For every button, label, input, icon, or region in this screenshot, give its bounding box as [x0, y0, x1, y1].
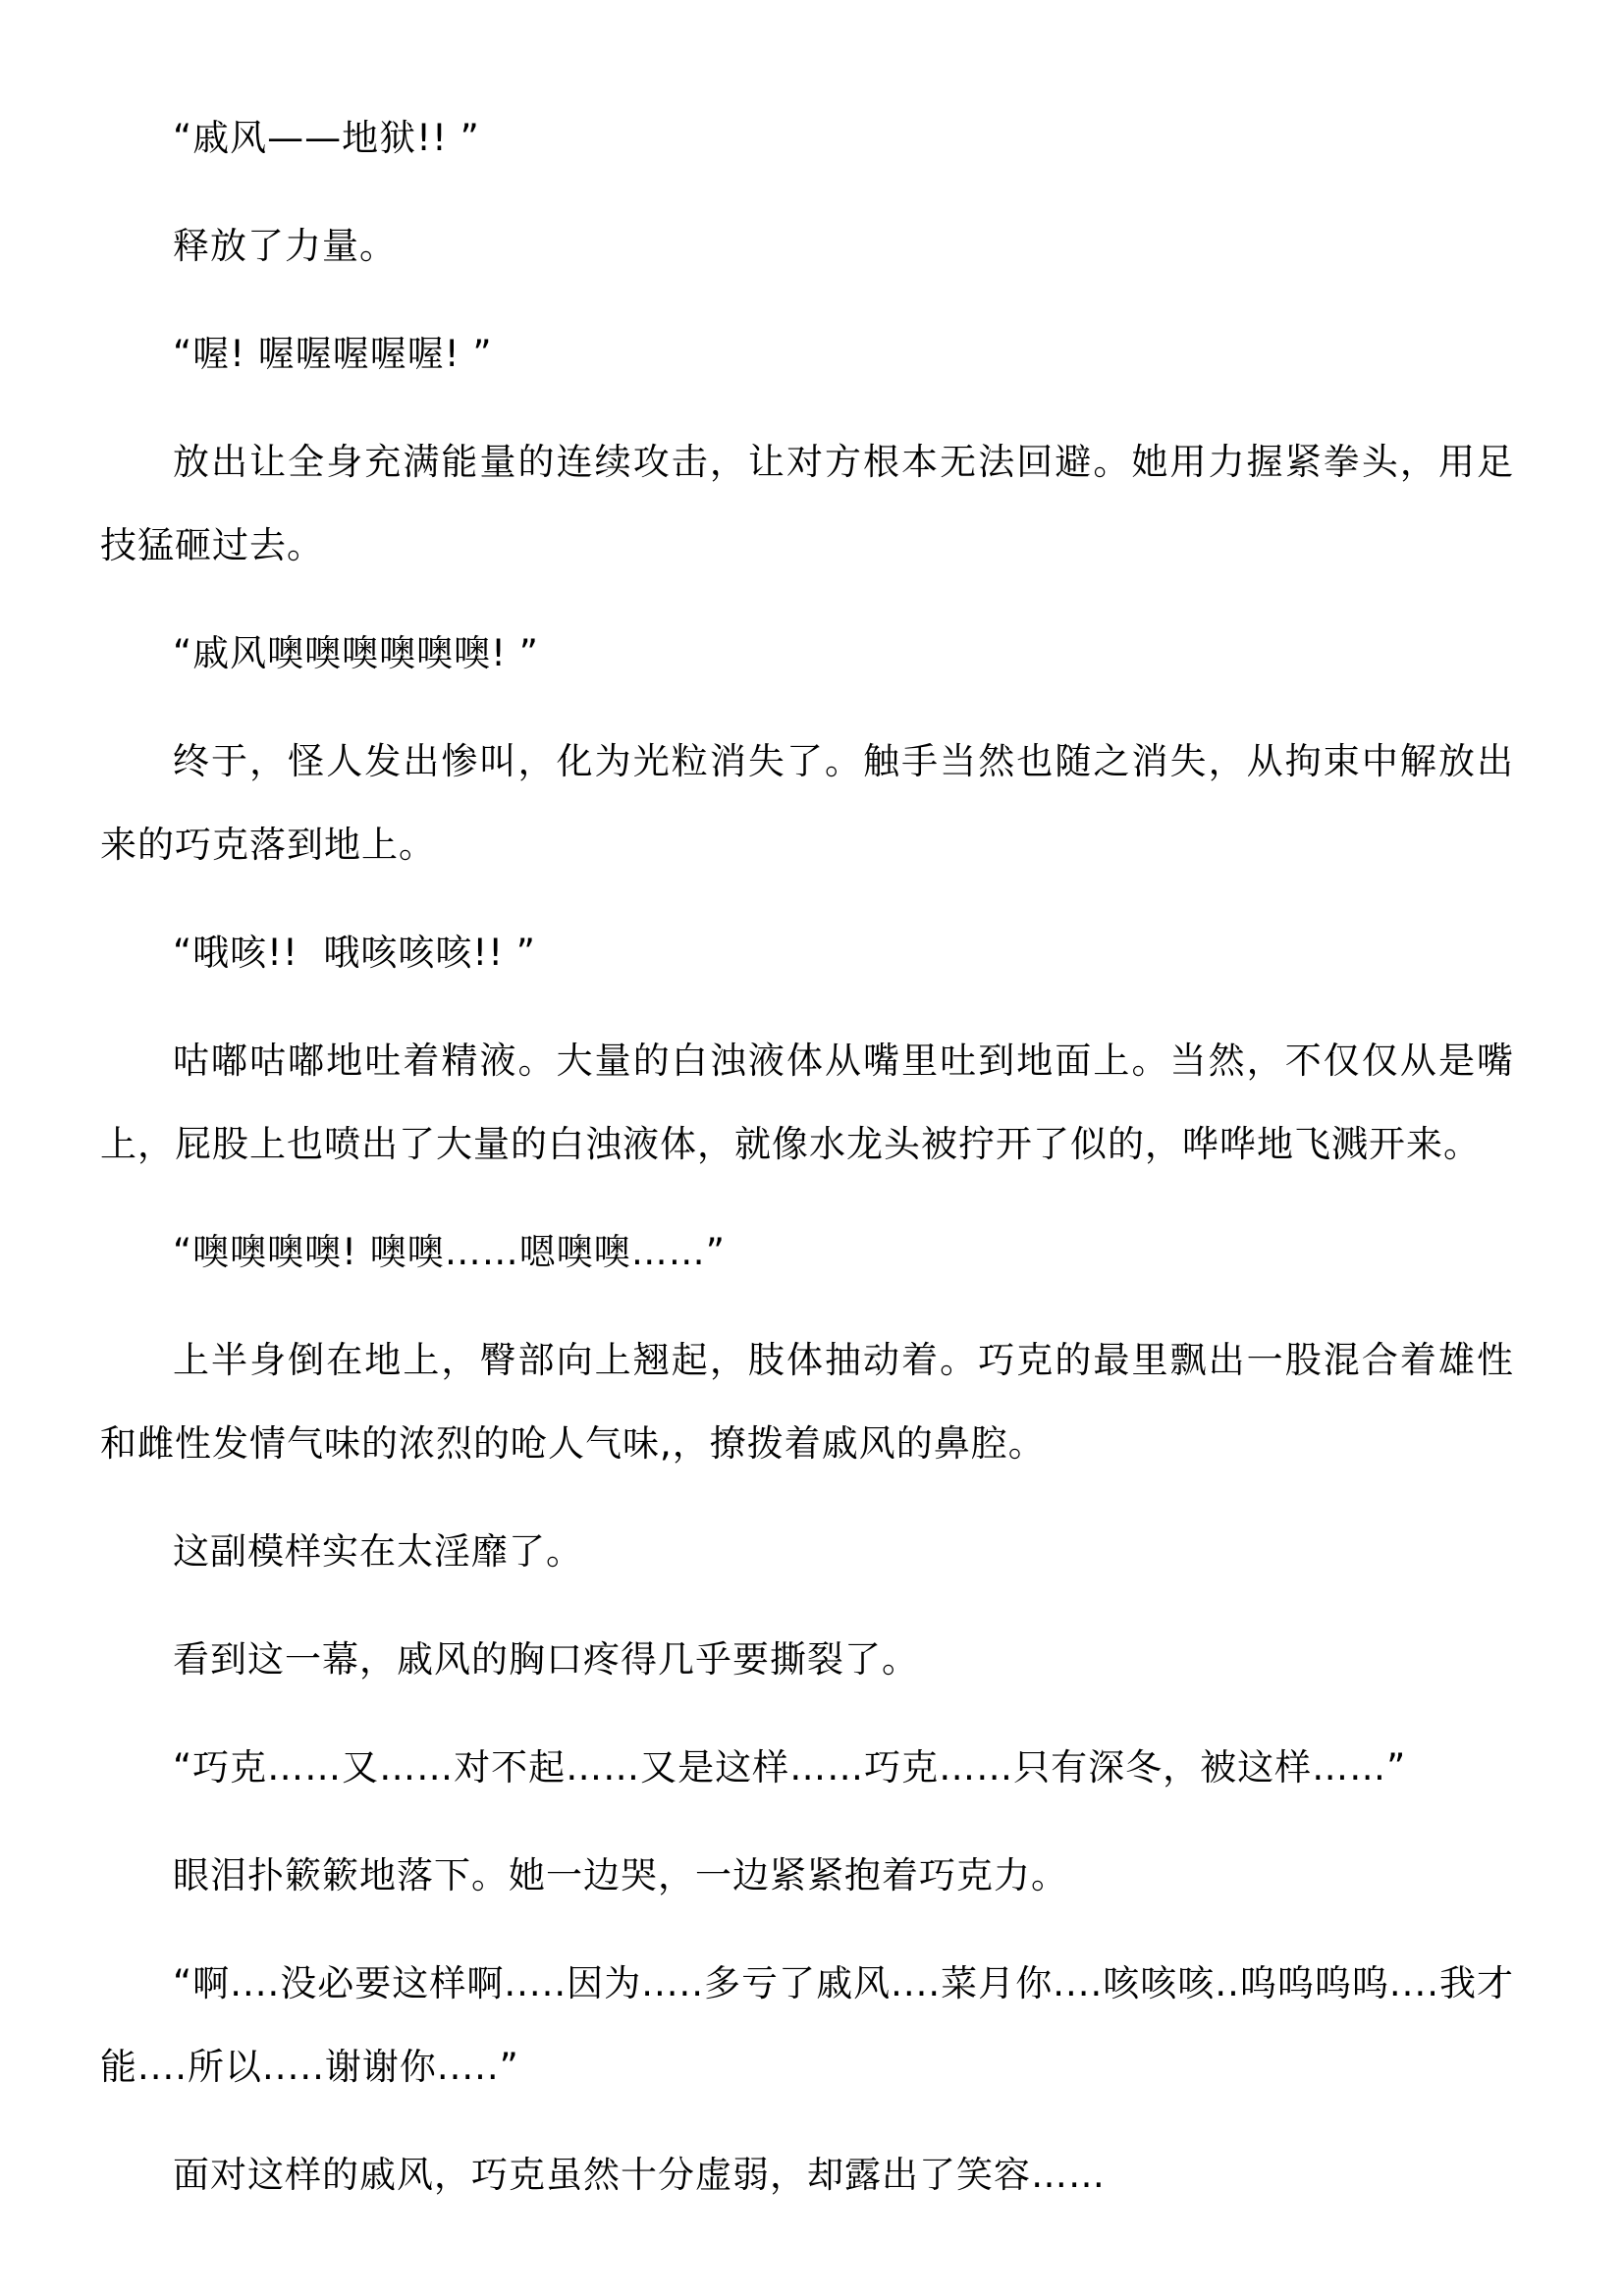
- paragraph-dialogue: “哦咳!! 哦咳咳咳!! ”: [100, 911, 1514, 994]
- paragraph-narration: 终于，怪人发出惨叫，化为光粒消失了。触手当然也随之消失，从拘束中解放出来的巧克落…: [100, 720, 1514, 886]
- paragraph-narration: 面对这样的戚风，巧克虽然十分虚弱，却露出了笑容……: [100, 2133, 1514, 2216]
- paragraph-dialogue: “戚风噢噢噢噢噢噢! ”: [100, 612, 1514, 695]
- paragraph-dialogue: “啊....没必要这样啊.....因为.....多亏了戚风....菜月你....…: [100, 1942, 1514, 2109]
- paragraph-narration: 看到这一幕，戚风的胸口疼得几乎要撕裂了。: [100, 1618, 1514, 1701]
- paragraph-narration: 眼泪扑簌簌地落下。她一边哭，一边紧紧抱着巧克力。: [100, 1834, 1514, 1917]
- paragraph-narration: 释放了力量。: [100, 204, 1514, 288]
- paragraph-narration: 咕嘟咕嘟地吐着精液。大量的白浊液体从嘴里吐到地面上。当然，不仅仅从是嘴上，屁股上…: [100, 1019, 1514, 1186]
- paragraph-dialogue: “戚风——地狱!! ”: [100, 96, 1514, 180]
- paragraph-dialogue: “喔! 喔喔喔喔喔! ”: [100, 312, 1514, 396]
- paragraph-dialogue: “噢噢噢噢! 噢噢……嗯噢噢……”: [100, 1210, 1514, 1294]
- document-page: “戚风——地狱!! ” 释放了力量。 “喔! 喔喔喔喔喔! ” 放出让全身充满能…: [0, 0, 1624, 2296]
- paragraph-narration: 放出让全身充满能量的连续攻击，让对方根本无法回避。她用力握紧拳头，用足技猛砸过去…: [100, 420, 1514, 587]
- paragraph-narration: 这副模样实在太淫靡了。: [100, 1510, 1514, 1593]
- paragraph-narration: 上半身倒在地上，臀部向上翘起，肢体抽动着。巧克的最里飘出一股混合着雄性和雌性发情…: [100, 1318, 1514, 1485]
- paragraph-dialogue: “巧克……又……对不起……又是这样……巧克……只有深冬，被这样……”: [100, 1726, 1514, 1809]
